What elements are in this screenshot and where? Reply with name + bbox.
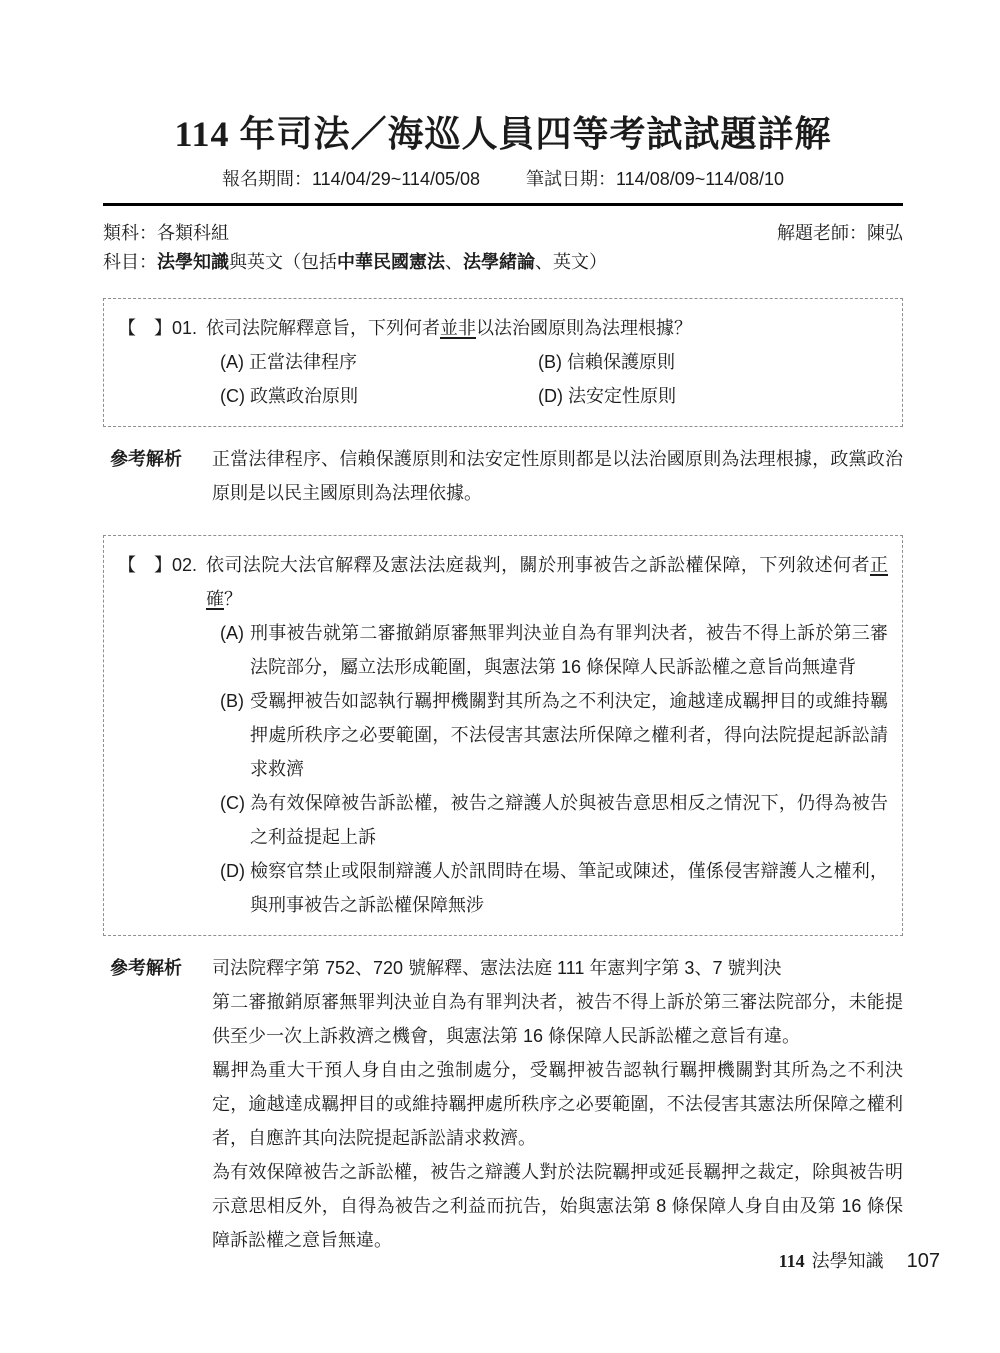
analysis-paragraph: 正當法律程序、信賴保護原則和法安定性原則都是以法治國原則為法理根據，政黨政治原則… bbox=[212, 442, 903, 510]
option-c-label: (C) bbox=[220, 786, 250, 854]
page-title: 114 年司法／海巡人員四等考試試題詳解 bbox=[103, 112, 903, 156]
option-b: (B) 信賴保護原則 bbox=[538, 345, 888, 379]
option-a: (A) 正當法律程序 bbox=[220, 345, 538, 379]
analysis-citation: 司法院釋字第 752、720 號解釋、憲法法庭 111 年憲判字第 3、7 號判… bbox=[212, 951, 903, 985]
subject-tail: 、英文） bbox=[535, 252, 607, 272]
option-c-text: 為有效保障被告訴訟權，被告之辯護人於與被告意思相反之情況下，仍得為被告之利益提起… bbox=[250, 786, 888, 854]
subject-mid: 與英文（包括 bbox=[229, 252, 337, 272]
analysis-block-01: 參考解析 正當法律程序、信賴保護原則和法安定性原則都是以法治國原則為法理根據，政… bbox=[103, 442, 903, 510]
analysis-label: 參考解析 bbox=[110, 951, 212, 1257]
option-d: (D) 檢察官禁止或限制辯護人於訊問時在場、筆記或陳述，僅係侵害辯護人之權利，與… bbox=[220, 854, 888, 922]
question-box-02: 【 】02. 依司法院大法官解釋及憲法法庭裁判，關於刑事被告之訴訟權保障，下列敘… bbox=[103, 535, 903, 936]
option-a-label: (A) bbox=[220, 352, 244, 372]
question-block-02: 【 】02. 依司法院大法官解釋及憲法法庭裁判，關於刑事被告之訴訟權保障，下列敘… bbox=[103, 535, 903, 1257]
stem-text-tail: ？ bbox=[224, 589, 242, 609]
category-field: 類科：各類科組 bbox=[103, 219, 229, 248]
analysis-body-02: 司法院釋字第 752、720 號解釋、憲法法庭 111 年憲判字第 3、7 號判… bbox=[212, 951, 903, 1257]
page-number: 107 bbox=[907, 1249, 940, 1273]
question-01-stem-line: 【 】01. 依司法院解釋意旨，下列何者並非以法治國原則為法理根據？ bbox=[118, 311, 888, 345]
option-c: (C) 政黨政治原則 bbox=[220, 379, 538, 413]
question-block-01: 【 】01. 依司法院解釋意旨，下列何者並非以法治國原則為法理根據？ (A) 正… bbox=[103, 298, 903, 510]
question-box-01: 【 】01. 依司法院解釋意旨，下列何者並非以法治國原則為法理根據？ (A) 正… bbox=[103, 298, 903, 427]
analysis-paragraph: 羈押為重大干預人身自由之強制處分，受羈押被告認執行羈押機關對其所為之不利決定，逾… bbox=[212, 1053, 903, 1155]
question-01-answer-bracket: 【 】01. bbox=[118, 311, 206, 345]
question-02-stem-line: 【 】02. 依司法院大法官解釋及憲法法庭裁判，關於刑事被告之訴訟權保障，下列敘… bbox=[118, 548, 888, 616]
analysis-block-02: 參考解析 司法院釋字第 752、720 號解釋、憲法法庭 111 年憲判字第 3… bbox=[103, 951, 903, 1257]
exam-info-line: 報名期間：114/04/29~114/05/08 筆試日期：114/08/09~… bbox=[103, 166, 903, 192]
option-d-label: (D) bbox=[220, 854, 250, 922]
exam-solution-page: 114 年司法／海巡人員四等考試試題詳解 報名期間：114/04/29~114/… bbox=[0, 0, 1000, 1353]
header-divider bbox=[103, 203, 903, 206]
option-a-text: 刑事被告就第二審撤銷原審無罪判決並自為有罪判決者，被告不得上訴於第三審法院部分，… bbox=[250, 616, 888, 684]
written-exam-date: 筆試日期：114/08/09~114/08/10 bbox=[526, 166, 784, 192]
footer-year: 114 bbox=[779, 1249, 805, 1273]
analysis-label: 參考解析 bbox=[110, 442, 212, 510]
question-02-options: (A) 刑事被告就第二審撤銷原審無罪判決並自為有罪判決者，被告不得上訴於第三審法… bbox=[118, 616, 888, 922]
stem-emphasis: 並非 bbox=[440, 318, 476, 338]
teacher-field: 解題老師：陳弘 bbox=[777, 219, 903, 248]
question-02-stem: 依司法院大法官解釋及憲法法庭裁判，關於刑事被告之訴訟權保障，下列敘述何者正確？ bbox=[206, 548, 888, 616]
option-a: (A) 刑事被告就第二審撤銷原審無罪判決並自為有罪判決者，被告不得上訴於第三審法… bbox=[220, 616, 888, 684]
page-content: 114 年司法／海巡人員四等考試試題詳解 報名期間：114/04/29~114/… bbox=[103, 0, 903, 1257]
option-d-text: 法安定性原則 bbox=[568, 386, 676, 406]
option-a-text: 正當法律程序 bbox=[249, 352, 357, 372]
question-number: 02. bbox=[172, 555, 197, 575]
option-d-label: (D) bbox=[538, 386, 563, 406]
stem-text-tail: 以法治國原則為法理根據？ bbox=[476, 318, 692, 338]
question-02-answer-bracket: 【 】02. bbox=[118, 548, 206, 616]
option-b-label: (B) bbox=[220, 684, 250, 786]
subject-name: 法學知識 bbox=[157, 252, 229, 272]
answer-bracket: 【 】 bbox=[118, 318, 172, 338]
option-b-text: 受羈押被告如認執行羈押機關對其所為之不利決定，逾越達成羈押目的或維持羈押處所秩序… bbox=[250, 684, 888, 786]
analysis-body-01: 正當法律程序、信賴保護原則和法安定性原則都是以法治國原則為法理根據，政黨政治原則… bbox=[212, 442, 903, 510]
option-c: (C) 為有效保障被告訴訟權，被告之辯護人於與被告意思相反之情況下，仍得為被告之… bbox=[220, 786, 888, 854]
registration-period: 報名期間：114/04/29~114/05/08 bbox=[222, 166, 480, 192]
subject-part-constitution: 中華民國憲法 bbox=[337, 252, 445, 272]
option-d: (D) 法安定性原則 bbox=[538, 379, 888, 413]
subject-label: 科目： bbox=[103, 252, 157, 272]
footer-subject: 法學知識 bbox=[812, 1249, 884, 1273]
category-label: 類科： bbox=[103, 223, 157, 243]
meta-row: 類科：各類科組 解題老師：陳弘 bbox=[103, 219, 903, 248]
question-01-stem: 依司法院解釋意旨，下列何者並非以法治國原則為法理根據？ bbox=[206, 311, 888, 345]
option-d-text: 檢察官禁止或限制辯護人於訊問時在場、筆記或陳述，僅係侵害辯護人之權利，與刑事被告… bbox=[250, 854, 888, 922]
option-b: (B) 受羈押被告如認執行羈押機關對其所為之不利決定，逾越達成羈押目的或維持羈押… bbox=[220, 684, 888, 786]
option-c-label: (C) bbox=[220, 386, 245, 406]
section-gap bbox=[103, 510, 903, 514]
subject-separator: 、 bbox=[445, 252, 463, 272]
category-value: 各類科組 bbox=[157, 223, 229, 243]
subject-part-jurisprudence: 法學緒論 bbox=[463, 252, 535, 272]
analysis-paragraph: 第二審撤銷原審無罪判決並自為有罪判決者，被告不得上訴於第三審法院部分，未能提供至… bbox=[212, 985, 903, 1053]
subject-field: 科目：法學知識與英文（包括中華民國憲法、法學緒論、英文） bbox=[103, 248, 903, 277]
option-a-label: (A) bbox=[220, 616, 250, 684]
option-b-label: (B) bbox=[538, 352, 562, 372]
question-01-options: (A) 正當法律程序 (B) 信賴保護原則 (C) 政黨政治原則 (D) 法安定… bbox=[220, 345, 888, 413]
analysis-paragraph: 為有效保障被告之訴訟權，被告之辯護人對於法院羈押或延長羈押之裁定，除與被告明示意… bbox=[212, 1155, 903, 1257]
answer-bracket: 【 】 bbox=[118, 555, 172, 575]
stem-text: 依司法院大法官解釋及憲法法庭裁判，關於刑事被告之訴訟權保障，下列敘述何者 bbox=[206, 555, 870, 575]
stem-text: 依司法院解釋意旨，下列何者 bbox=[206, 318, 440, 338]
option-b-text: 信賴保護原則 bbox=[567, 352, 675, 372]
question-number: 01. bbox=[172, 318, 197, 338]
page-footer: 114 法學知識 107 bbox=[779, 1249, 940, 1273]
teacher-label: 解題老師： bbox=[777, 223, 867, 243]
option-c-text: 政黨政治原則 bbox=[250, 386, 358, 406]
teacher-value: 陳弘 bbox=[867, 223, 903, 243]
